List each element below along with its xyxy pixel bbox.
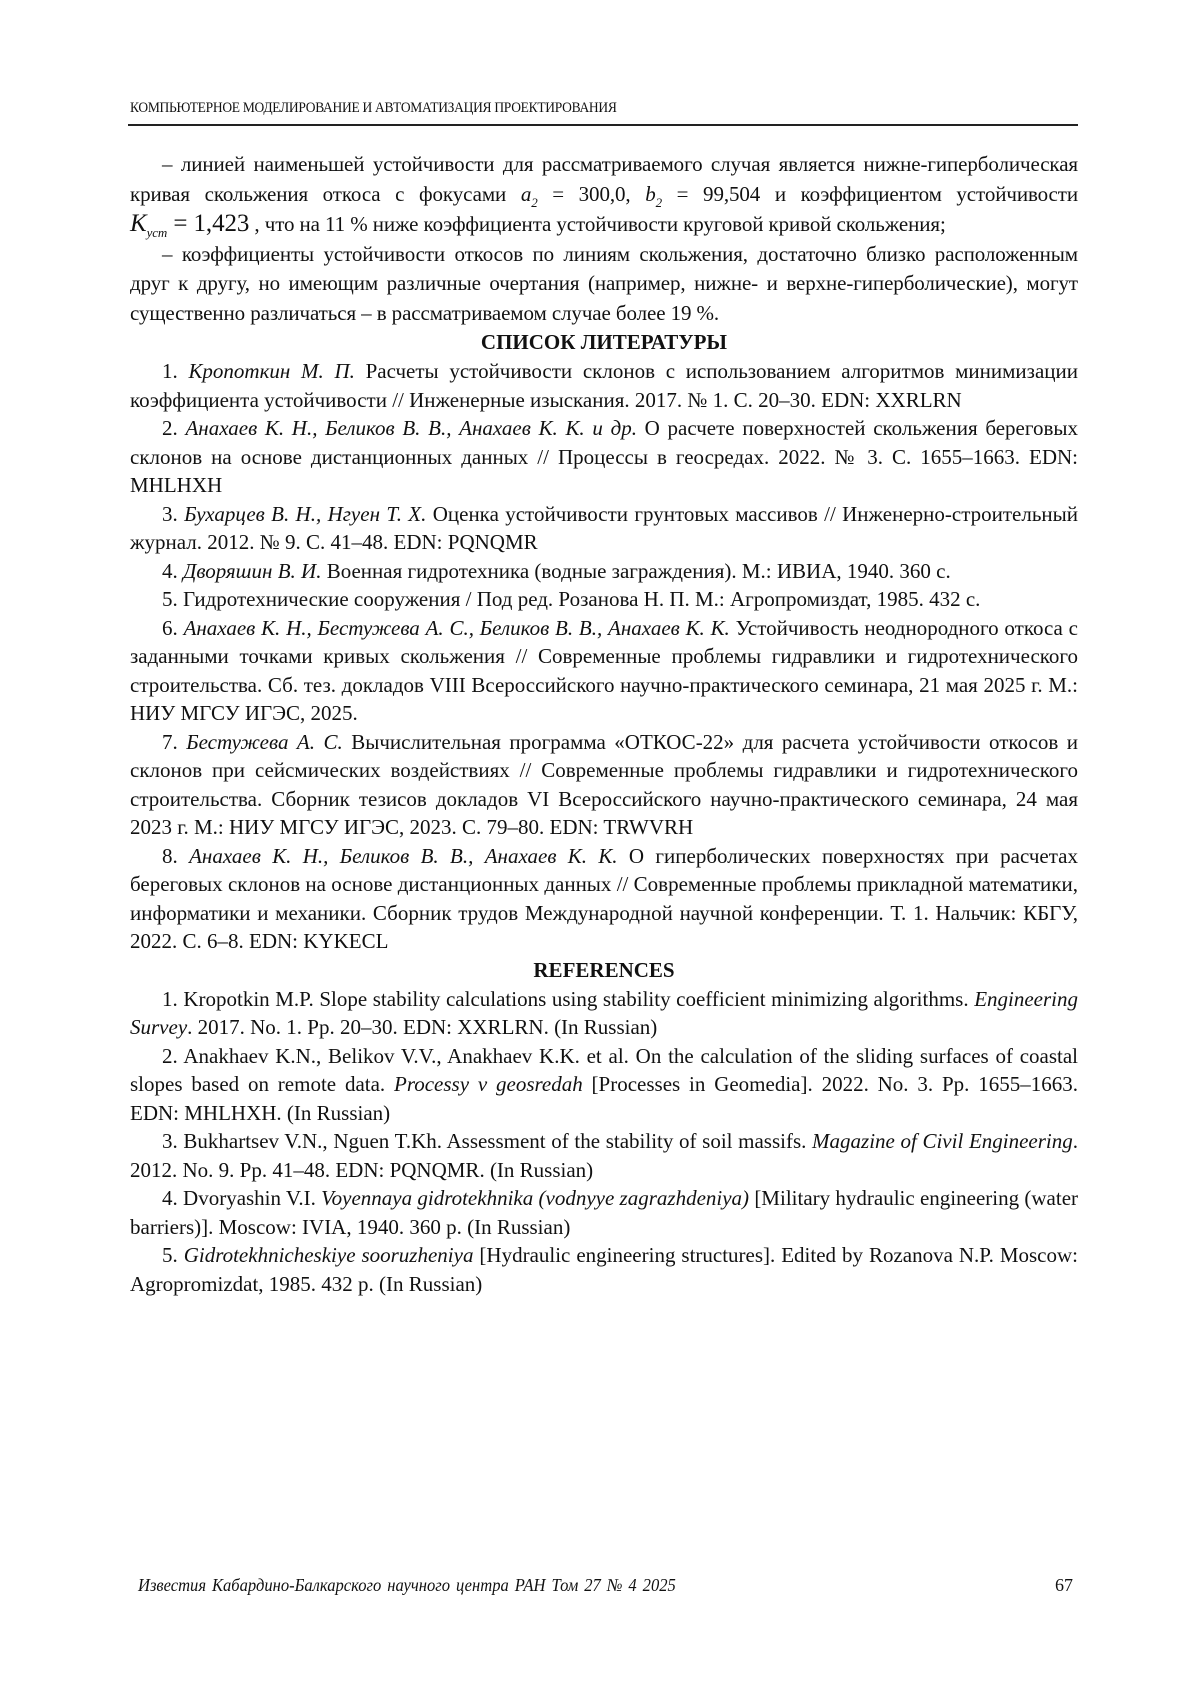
ref-text: Bukhartsev V.N., Nguen T.Kh. Assessment … [183, 1129, 812, 1153]
references-en-title: REFERENCES [130, 956, 1078, 985]
paragraph-conclusion-1: – линией наименьшей устойчивости для рас… [130, 150, 1078, 240]
references-ru-title: СПИСОК ЛИТЕРАТУРЫ [130, 328, 1078, 357]
ref-authors: Кропоткин М. П. [188, 359, 354, 383]
reference-ru-item: 7. Бестужева А. С. Вычислительная програ… [130, 728, 1078, 842]
ref-authors: Анахаев К. Н., Беликов В. В., Анахаев К.… [185, 416, 637, 440]
ref-text: Военная гидротехника (водные заграждения… [321, 559, 950, 583]
var-b: b [645, 182, 655, 206]
reference-en-item: 5. Gidrotekhnicheskiye sooruzheniya [Hyd… [130, 1241, 1078, 1298]
text-run: , что на 11 % ниже коэффициента устойчив… [249, 212, 945, 236]
text-run: , [625, 182, 645, 206]
reference-ru-item: 4. Дворяшин В. И. Военная гидротехника (… [130, 557, 1078, 586]
ref-text: Гидротехнические сооружения / Под ред. Р… [183, 587, 980, 611]
subscript: уст [147, 225, 168, 240]
var-a: a [521, 182, 531, 206]
ref-text: Dvoryashin V.I. [183, 1186, 321, 1210]
reference-ru-item: 1. Кропоткин М. П. Расчеты устойчивости … [130, 357, 1078, 414]
ref-authors: Анахаев К. Н., Беликов В. В., Анахаев К.… [189, 844, 617, 868]
ref-number: 1. [162, 987, 183, 1011]
ref-number: 5. [162, 1243, 184, 1267]
ref-number: 6. [162, 616, 184, 640]
ref-number: 1. [162, 359, 188, 383]
value: = 300,0 [538, 182, 626, 206]
ref-number: 3. [162, 1129, 183, 1153]
ref-authors: Бухарцев В. Н., Нгуен Т. Х. [184, 502, 426, 526]
ref-text: Kropotkin M.P. Slope stability calculati… [183, 987, 974, 1011]
ref-source: Processy v geosredah [394, 1072, 583, 1096]
ref-number: 4. [162, 559, 183, 583]
reference-ru-item: 8. Анахаев К. Н., Беликов В. В., Анахаев… [130, 842, 1078, 956]
value: = 1,423 [167, 210, 249, 237]
formula-k-ust: Kуст = 1,423 [130, 212, 249, 236]
ref-authors: Бестужева А. С. [186, 730, 343, 754]
references-ru-list: 1. Кропоткин М. П. Расчеты устойчивости … [130, 357, 1078, 956]
header-rule [128, 124, 1078, 126]
text-run: и коэффициентом устойчивости [760, 182, 1078, 206]
ref-authors: Дворяшин В. И. [183, 559, 321, 583]
running-header: КОМПЬЮТЕРНОЕ МОДЕЛИРОВАНИЕ И АВТОМАТИЗАЦ… [130, 100, 1014, 117]
journal-citation: Известия Кабардино-Балкарского научного … [138, 1575, 676, 1596]
ref-number: 7. [162, 730, 186, 754]
ref-text: . 2017. No. 1. Pp. 20–30. EDN: XXRLRN. (… [187, 1015, 657, 1039]
value: = 99,504 [662, 182, 760, 206]
page-number: 67 [1055, 1575, 1073, 1596]
formula-a2: a2 = 300,0 [521, 182, 626, 206]
ref-number: 5. [162, 587, 183, 611]
ref-source: Magazine of Civil Engineering [812, 1129, 1073, 1153]
ref-number: 2. [162, 416, 185, 440]
reference-en-item: 3. Bukhartsev V.N., Nguen T.Kh. Assessme… [130, 1127, 1078, 1184]
page-footer: Известия Кабардино-Балкарского научного … [138, 1575, 1073, 1596]
ref-source: Voyennaya gidrotekhnika (vodnyye zagrazh… [321, 1186, 749, 1210]
reference-en-item: 4. Dvoryashin V.I. Voyennaya gidrotekhni… [130, 1184, 1078, 1241]
reference-ru-item: 6. Анахаев К. Н., Бестужева А. С., Белик… [130, 614, 1078, 728]
var-k: K [130, 210, 147, 237]
ref-number: 3. [162, 502, 184, 526]
paragraph-conclusion-2: – коэффициенты устойчивости откосов по л… [130, 240, 1078, 329]
reference-ru-item: 2. Анахаев К. Н., Беликов В. В., Анахаев… [130, 414, 1078, 500]
ref-source: Gidrotekhnicheskiye sooruzheniya [184, 1243, 474, 1267]
ref-number: 4. [162, 1186, 183, 1210]
reference-en-item: 2. Anakhaev K.N., Belikov V.V., Anakhaev… [130, 1042, 1078, 1128]
ref-number: 2. [162, 1044, 183, 1068]
references-en-list: 1. Kropotkin M.P. Slope stability calcul… [130, 985, 1078, 1299]
ref-authors: Анахаев К. Н., Бестужева А. С., Беликов … [184, 616, 730, 640]
formula-b2: b2 = 99,504 [645, 182, 760, 206]
ref-number: 8. [162, 844, 189, 868]
page-body: – линией наименьшей устойчивости для рас… [130, 150, 1078, 1298]
reference-ru-item: 3. Бухарцев В. Н., Нгуен Т. Х. Оценка ус… [130, 500, 1078, 557]
reference-en-item: 1. Kropotkin M.P. Slope stability calcul… [130, 985, 1078, 1042]
reference-ru-item: 5. Гидротехнические сооружения / Под ред… [130, 585, 1078, 614]
